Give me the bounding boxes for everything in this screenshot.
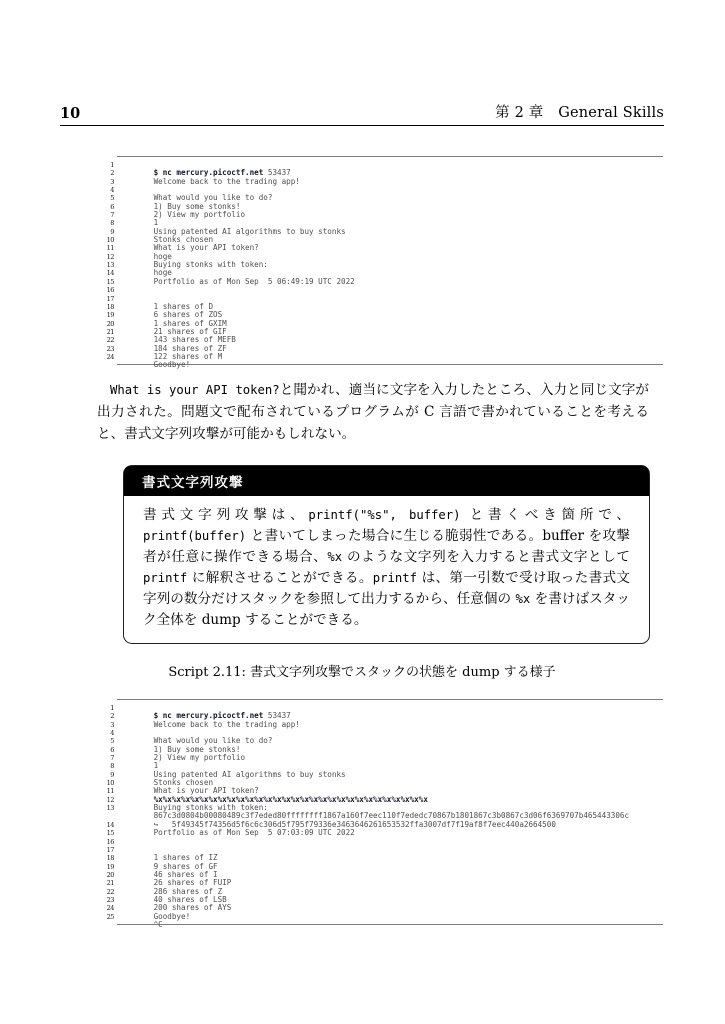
code-line: 13hoge [117, 261, 663, 269]
line-number: 11 [99, 787, 114, 795]
code-line: 22184 shares of ZF [117, 336, 663, 344]
code-line: 15 [117, 829, 663, 837]
code-line: 71 [117, 211, 663, 219]
line-number: 5 [99, 737, 114, 745]
line-number: 11 [99, 244, 114, 252]
code-line: 21143 shares of MEFB [117, 328, 663, 336]
code-line: 12Buying stonks with token: [117, 796, 663, 804]
line-number: 4 [99, 729, 114, 737]
inline-code: %x [327, 550, 342, 564]
line-number: 22 [99, 888, 114, 896]
line-number: 2 [99, 169, 114, 177]
code-line: 13867c3d0804b00080489c3f7eded80ffffffff1… [117, 804, 663, 812]
code-line: 4What would you like to do? [117, 729, 663, 737]
line-number: 9 [99, 228, 114, 236]
code-line: 11hoge [117, 244, 663, 252]
line-number: 17 [99, 295, 114, 303]
code-line: 25^C [117, 913, 663, 921]
line-number: 15 [99, 278, 114, 286]
running-header: 10 第 2 章 General Skills [60, 101, 664, 126]
code-line: 8Using patented AI algorithms to buy sto… [117, 219, 663, 227]
inline-code: printf [143, 571, 187, 585]
text-run: と書くべき箇所で、 [461, 507, 630, 523]
code-line: 24Goodbye! [117, 904, 663, 912]
code-line: 1946 shares of I [117, 863, 663, 871]
line-number: 16 [99, 286, 114, 294]
line-number: 14 [99, 269, 114, 277]
code-text: ^C [154, 920, 163, 929]
line-number: 7 [99, 754, 114, 762]
code-line: 3 [117, 178, 663, 186]
line-number: 8 [99, 762, 114, 770]
line-number: 6 [99, 203, 114, 211]
line-number: 4 [99, 186, 114, 194]
code-line: 1$ nc mercury.picoctf.net 53437 [117, 704, 663, 712]
line-number: 8 [99, 219, 114, 227]
line-number: 25 [99, 913, 114, 921]
code-line: 10What is your API token? [117, 236, 663, 244]
infobox-title: 書式文字列攻撃 [124, 466, 649, 496]
inline-code: printf("%s", buffer) [308, 508, 460, 522]
code-line: 51) Buy some stonks! [117, 737, 663, 745]
text-run: 書式文字列攻撃は、 [143, 507, 308, 523]
code-line: 2026 shares of FUIP [117, 871, 663, 879]
line-number: 13 [99, 804, 114, 812]
code-line: 2021 shares of GIF [117, 320, 663, 328]
line-number: 10 [99, 779, 114, 787]
line-number: 16 [99, 838, 114, 846]
code-line: 14Portfolio as of Mon Sep 5 07:03:09 UTC… [117, 821, 663, 829]
code-line: 23122 shares of M [117, 345, 663, 353]
book-page: 10 第 2 章 General Skills 1$ nc mercury.pi… [0, 0, 725, 1024]
code-line: 171 shares of IZ [117, 846, 663, 854]
script-caption: Script 2.11: 書式文字列攻撃でスタックの状態を dump する様子 [60, 661, 664, 680]
body-paragraph: What is your API token?と聞かれ、適当に文字を入力したとこ… [97, 379, 649, 445]
line-number: 6 [99, 746, 114, 754]
code-line: 9Stonks chosen [117, 771, 663, 779]
code-line: 21286 shares of Z [117, 879, 663, 887]
code-line: 1$ nc mercury.picoctf.net 53437 [117, 161, 663, 169]
line-number: 7 [99, 211, 114, 219]
line-number: 18 [99, 854, 114, 862]
code-line: 2Welcome back to the trading app! [117, 712, 663, 720]
format-string-infobox: 書式文字列攻撃 書式文字列攻撃は、printf("%s", buffer) と書… [123, 465, 650, 644]
code-line: 189 shares of GF [117, 854, 663, 862]
line-number: 22 [99, 336, 114, 344]
line-number: 2 [99, 712, 114, 720]
code-line: 24Goodbye! [117, 353, 663, 361]
line-number: 14 [99, 821, 114, 829]
code-line: 15 [117, 278, 663, 286]
code-listing-2: 1$ nc mercury.picoctf.net 53437 2Welcome… [117, 699, 663, 925]
page-number: 10 [60, 105, 80, 122]
line-number: 12 [99, 796, 114, 804]
inline-code: What is your API token? [110, 383, 280, 397]
line-number: 23 [99, 345, 114, 353]
inline-code: printf(buffer) [143, 529, 246, 543]
code-line: 4What would you like to do? [117, 186, 663, 194]
code-line: 10What is your API token? [117, 779, 663, 787]
line-number: 5 [99, 194, 114, 202]
code-line: 12Buying stonks with token: [117, 253, 663, 261]
code-line: 62) View my portfolio [117, 203, 663, 211]
code-line: 9Stonks chosen [117, 228, 663, 236]
text-run: のような文字列を入力すると書式文字として [342, 549, 630, 565]
line-number: 1 [99, 704, 114, 712]
code-line: 3 [117, 721, 663, 729]
code-line: 16 [117, 286, 663, 294]
text-run: に解釈させることができる。 [187, 570, 373, 586]
line-number: 24 [99, 353, 114, 361]
code-line: 2Welcome back to the trading app! [117, 169, 663, 177]
line-number: 17 [99, 846, 114, 854]
code-line: 186 shares of ZOS [117, 303, 663, 311]
infobox-body: 書式文字列攻撃は、printf("%s", buffer) と書くべき箇所で、p… [124, 496, 649, 643]
code-line: 23200 shares of AYS [117, 896, 663, 904]
code-line: ↪ 5f49345f74356d5f6c6c306d5f795f79336e34… [117, 812, 663, 820]
line-number: 1 [99, 161, 114, 169]
line-number: 21 [99, 879, 114, 887]
line-number: 18 [99, 303, 114, 311]
code-text: Goodbye! [154, 360, 191, 369]
code-line: 8Using patented AI algorithms to buy sto… [117, 762, 663, 770]
line-number: 20 [99, 320, 114, 328]
inline-code: printf [373, 571, 417, 585]
chapter-title: 第 2 章 General Skills [495, 101, 664, 122]
code-line: 11%x%x%x%x%x%x%x%x%x%x%x%x%x%x%x%x%x%x%x… [117, 787, 663, 795]
code-line: 16 [117, 838, 663, 846]
line-number: 13 [99, 261, 114, 269]
code-line: 2240 shares of LSB [117, 888, 663, 896]
line-number: 9 [99, 771, 114, 779]
code-line: 51) Buy some stonks! [117, 194, 663, 202]
code-line: 14Portfolio as of Mon Sep 5 06:49:19 UTC… [117, 269, 663, 277]
code-listing-1: 1$ nc mercury.picoctf.net 53437 2Welcome… [117, 156, 663, 365]
code-line: 171 shares of D [117, 295, 663, 303]
line-number: 3 [99, 721, 114, 729]
line-number: 12 [99, 253, 114, 261]
line-number: 19 [99, 311, 114, 319]
code-line: 71 [117, 754, 663, 762]
line-number: 21 [99, 328, 114, 336]
code-line: 62) View my portfolio [117, 746, 663, 754]
line-number: 24 [99, 904, 114, 912]
inline-code: %x [516, 592, 531, 606]
line-number: 15 [99, 829, 114, 837]
line-number: 19 [99, 863, 114, 871]
line-number: 23 [99, 896, 114, 904]
code-line: 191 shares of GXIM [117, 311, 663, 319]
line-number: 3 [99, 178, 114, 186]
line-number: 10 [99, 236, 114, 244]
line-number: 20 [99, 871, 114, 879]
